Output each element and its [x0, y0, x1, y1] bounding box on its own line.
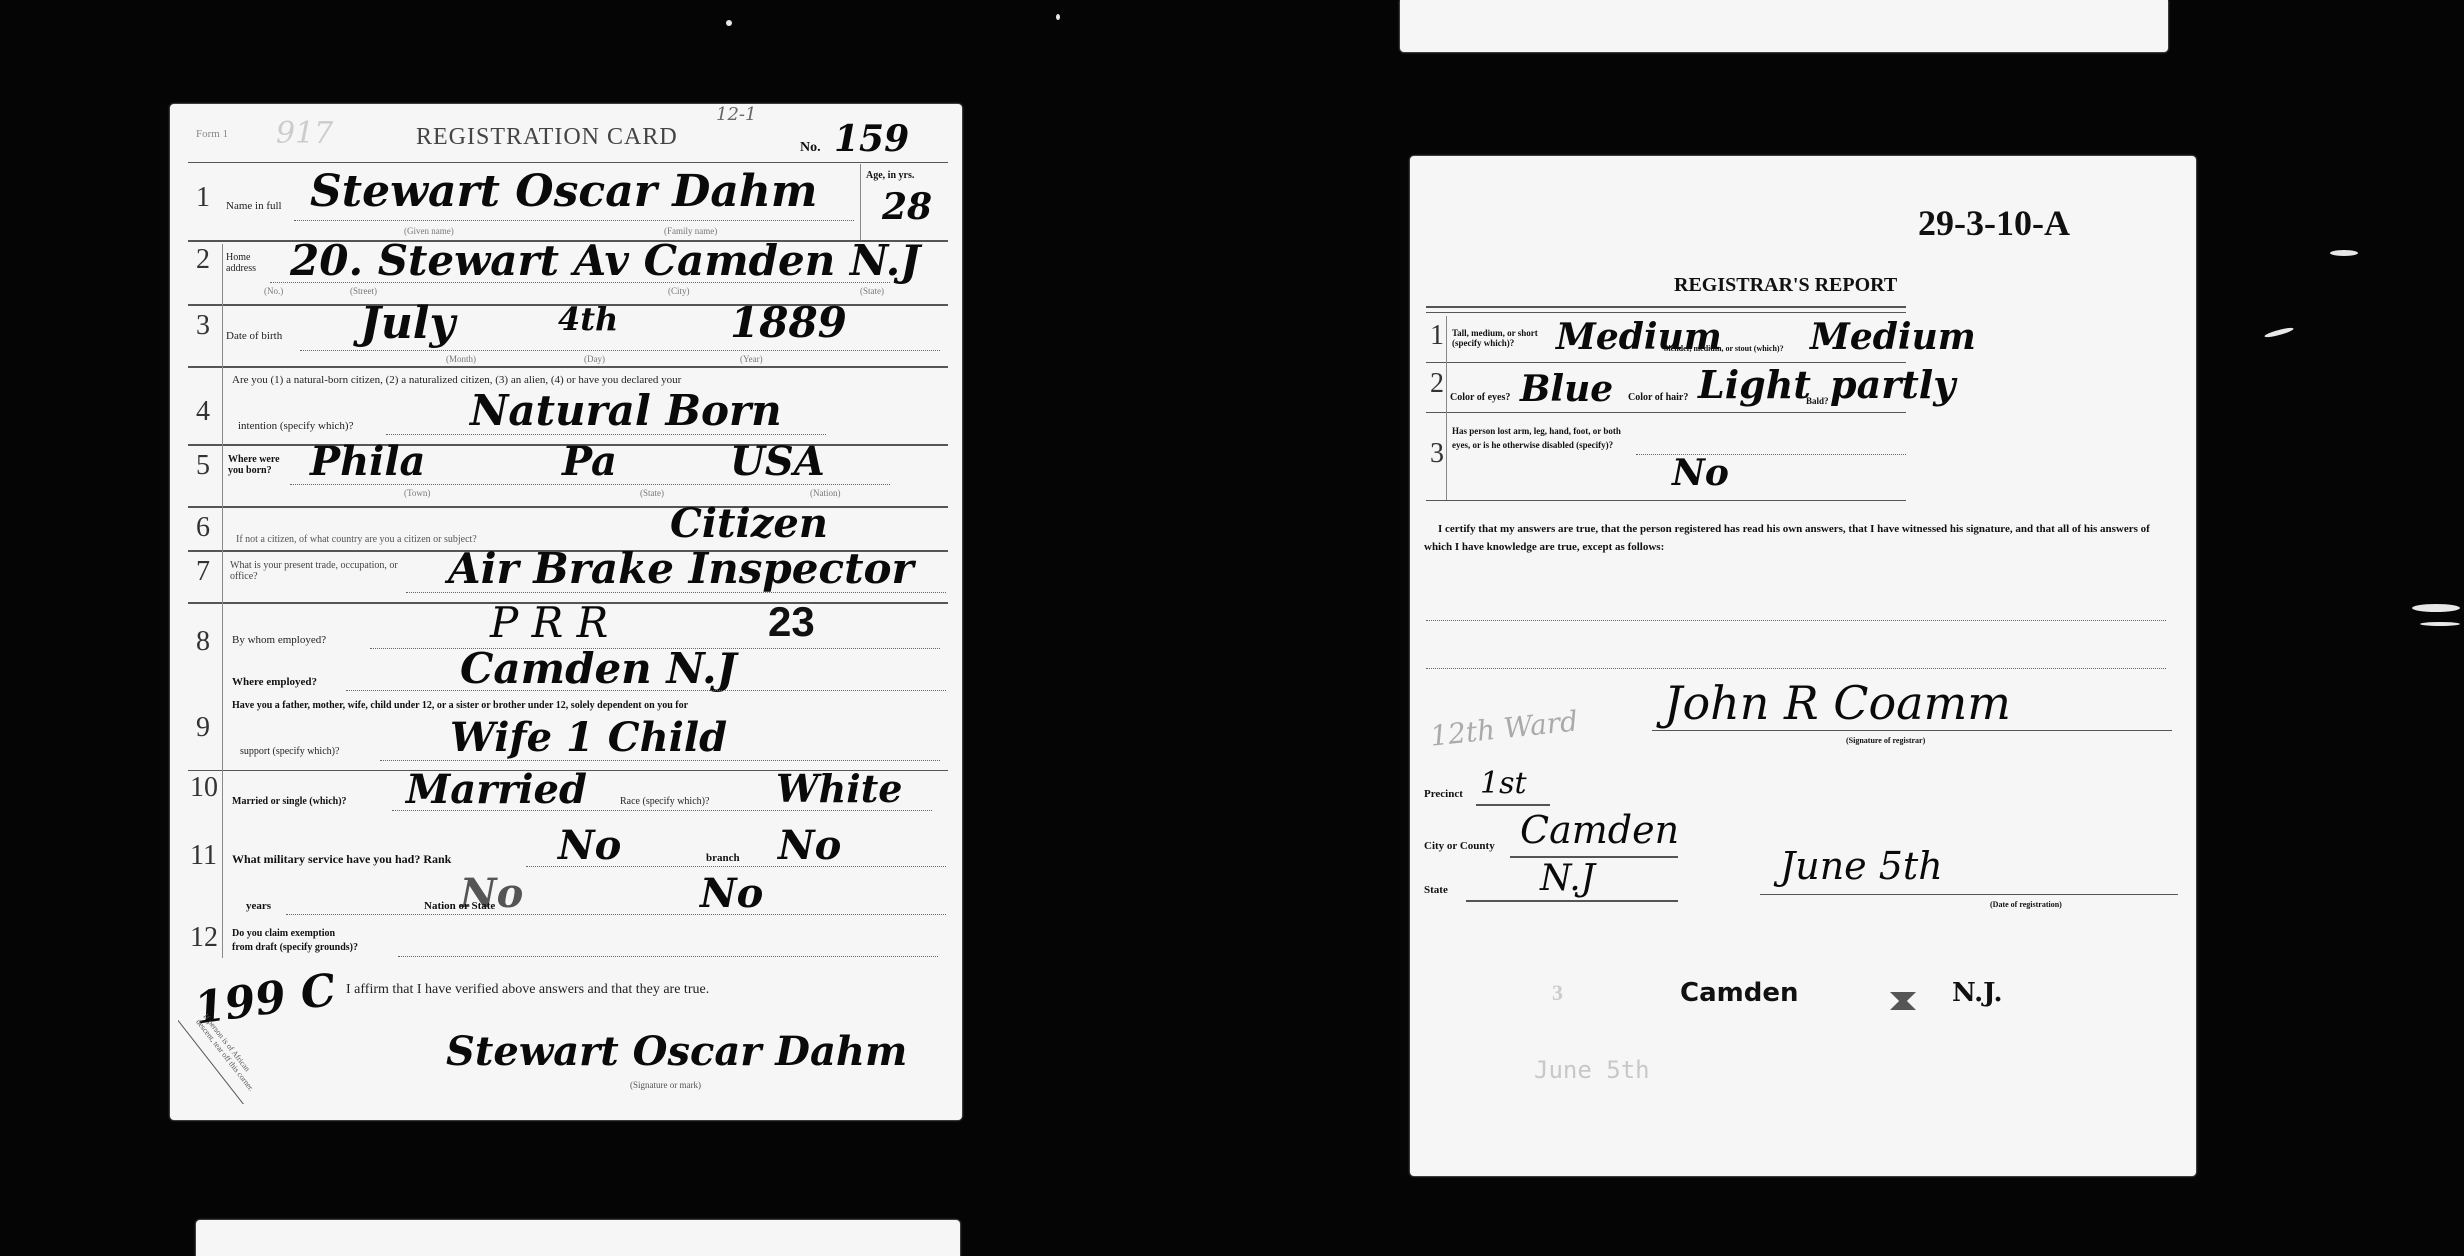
disability-question: Has person lost arm, leg, hand, foot, or… — [1452, 426, 1621, 436]
dob-label: Date of birth — [226, 330, 282, 342]
film-speck — [2264, 326, 2294, 339]
card-title: REGISTRATION CARD — [416, 124, 678, 151]
film-speck — [1056, 14, 1060, 20]
stamp-hourglass-icon — [1890, 992, 1916, 1010]
address-label: Home address — [226, 252, 266, 274]
workplace-label: Where employed? — [232, 676, 317, 688]
years-label: years — [246, 900, 271, 912]
stamp-city: Camden — [1680, 978, 1798, 1008]
dob-month: July — [360, 298, 455, 349]
marital-value: Married — [406, 766, 587, 813]
caption: (No.) — [264, 286, 283, 296]
employer-label: By whom employed? — [232, 634, 326, 646]
stamp-state: N.J. — [1952, 978, 2003, 1008]
row-number: 1 — [196, 182, 210, 214]
form-label: Form 1 — [196, 128, 228, 140]
citizen-of-value: Citizen — [670, 500, 828, 547]
caption: (Family name) — [664, 226, 717, 236]
row-number: 2 — [1430, 368, 1444, 400]
form-number: 917 — [276, 116, 333, 151]
stamp-faint-prefix: 3 — [1552, 980, 1563, 1006]
report-title: REGISTRAR'S REPORT — [1674, 274, 1897, 297]
bald-value: partly — [1830, 362, 1955, 407]
row-number: 3 — [1430, 438, 1444, 470]
row-number: 1 — [1430, 320, 1444, 352]
registrar-report-card: 29-3-10-A REGISTRAR'S REPORT 1 Tall, med… — [1410, 156, 2196, 1176]
registrar-signature-caption: (Signature of registrar) — [1846, 736, 1925, 745]
state-value: N.J — [1540, 858, 1595, 899]
report-code: 29-3-10-A — [1918, 202, 2070, 244]
workplace-value: Camden N.J — [460, 644, 737, 693]
eyes-value: Blue — [1520, 368, 1613, 410]
hair-value: Light — [1698, 362, 1811, 407]
dependents-label: support (specify which)? — [240, 746, 339, 757]
branch-label: branch — [706, 852, 740, 864]
caption: (State) — [640, 488, 664, 498]
tear-off-corner: If person is of African descent, tear of… — [178, 984, 308, 1104]
adjacent-card-bottom — [196, 1220, 960, 1256]
disability-value: No — [1672, 452, 1729, 494]
ward-note: 12th Ward — [1429, 704, 1580, 752]
exemption-label: from draft (specify grounds)? — [232, 942, 358, 953]
film-speck — [2412, 604, 2460, 612]
age-value: 28 — [882, 186, 932, 228]
row-number: 5 — [196, 450, 210, 482]
caption: (Given name) — [404, 226, 454, 236]
registrant-signature: Stewart Oscar Dahm — [446, 1028, 907, 1075]
race-label: Race (specify which)? — [620, 796, 709, 807]
registrar-signature: John R Coamm — [1664, 676, 2011, 730]
citizen-of-label: If not a citizen, of what country are yo… — [236, 534, 477, 545]
dependents-value: Wife 1 Child — [450, 714, 727, 761]
film-speck — [2420, 622, 2460, 626]
adjacent-card-top — [1400, 0, 2168, 52]
citizenship-question: Are you (1) a natural-born citizen, (2) … — [232, 374, 681, 386]
dob-day: 4th — [558, 300, 618, 338]
stamp-number: 23 — [768, 598, 815, 646]
nation-label: Nation or State — [424, 900, 495, 912]
rank-value: No — [558, 822, 621, 869]
branch-value: No — [778, 822, 841, 869]
film-speck — [726, 20, 732, 26]
caption: (City) — [668, 286, 690, 296]
row-number: 10 — [190, 772, 218, 804]
occupation-label: What is your present trade, occupation, … — [230, 560, 400, 582]
race-value: White — [776, 766, 902, 811]
row-number: 11 — [190, 840, 217, 872]
build-label: Slender, medium, or stout (which)? — [1664, 344, 1784, 353]
row-number: 8 — [196, 626, 210, 658]
bald-label: Bald? — [1806, 396, 1829, 406]
registration-card: Form 1 917 REGISTRATION CARD 12-1 No. 15… — [170, 104, 962, 1120]
height-label: Tall, medium, or short (specify which)? — [1452, 328, 1562, 348]
occupation-value: Air Brake Inspector — [448, 544, 914, 593]
caption: (Day) — [584, 354, 605, 364]
marital-label: Married or single (which)? — [232, 796, 347, 807]
date-caption: (Date of registration) — [1990, 900, 2062, 909]
name-value: Stewart Oscar Dahm — [310, 166, 817, 217]
certification-text: I certify that my answers are true, that… — [1424, 520, 2174, 556]
row-number: 12 — [190, 922, 218, 954]
precinct-label: Precinct — [1424, 788, 1463, 800]
build-value: Medium — [1810, 316, 1976, 358]
caption: (State) — [860, 286, 884, 296]
affirmation-text: I affirm that I have verified above answ… — [346, 982, 709, 998]
birthplace-state: Pa — [562, 438, 617, 485]
registration-date: June 5th — [1780, 844, 1943, 888]
employer-value: P R R — [490, 598, 608, 647]
caption: (Street) — [350, 286, 377, 296]
military-label: What military service have you had? Rank — [232, 852, 451, 867]
row-number: 7 — [196, 556, 210, 588]
precinct-value: 1st — [1480, 766, 1527, 801]
birthplace-label: Where were you born? — [228, 454, 288, 476]
dob-year: 1889 — [730, 298, 847, 347]
name-label: Name in full — [226, 200, 282, 212]
state-label: State — [1424, 884, 1448, 896]
city-label: City or County — [1424, 840, 1495, 852]
citizenship-value: Natural Born — [470, 386, 782, 435]
birthplace-nation: USA — [730, 438, 825, 485]
row-number: 2 — [196, 244, 210, 276]
birthplace-town: Phila — [310, 438, 425, 485]
citizenship-label: intention (specify which)? — [238, 420, 353, 432]
nation-value: No — [700, 870, 763, 917]
row-number: 3 — [196, 310, 210, 342]
caption: (Month) — [446, 354, 476, 364]
caption: (Nation) — [810, 488, 841, 498]
city-value: Camden — [1520, 808, 1679, 852]
address-value: 20. Stewart Av Camden N.J — [290, 236, 920, 285]
disability-label: eyes, or is he otherwise disabled (speci… — [1452, 440, 1613, 450]
row-number: 9 — [196, 712, 210, 744]
caption: (Town) — [404, 488, 430, 498]
dependents-question: Have you a father, mother, wife, child u… — [232, 700, 688, 711]
signature-caption: (Signature or mark) — [630, 1080, 701, 1090]
stamp-date: June 5th — [1534, 1056, 1650, 1084]
row-number: 4 — [196, 396, 210, 428]
serial-number: 159 — [834, 118, 909, 160]
exemption-question: Do you claim exemption — [232, 928, 335, 939]
film-speck — [2330, 250, 2358, 256]
no-label: No. — [800, 140, 821, 156]
corner-mark: 12-1 — [716, 104, 756, 125]
hair-label: Color of hair? — [1628, 392, 1688, 403]
eyes-label: Color of eyes? — [1450, 392, 1510, 403]
age-label: Age, in yrs. — [866, 170, 914, 181]
caption: (Year) — [740, 354, 763, 364]
row-number: 6 — [196, 512, 210, 544]
